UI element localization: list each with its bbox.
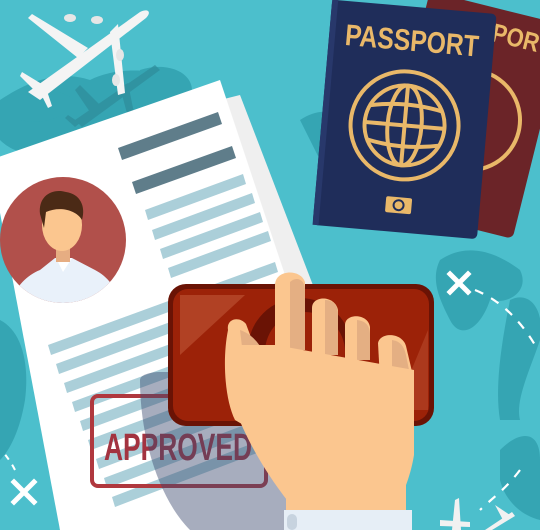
passport-front: PASSPORT — [313, 0, 497, 239]
visa-approval-illustration: PASSPORT PASSPORT — [0, 0, 540, 530]
shirt-cuff — [284, 510, 412, 530]
biometric-chip-icon — [385, 196, 412, 214]
